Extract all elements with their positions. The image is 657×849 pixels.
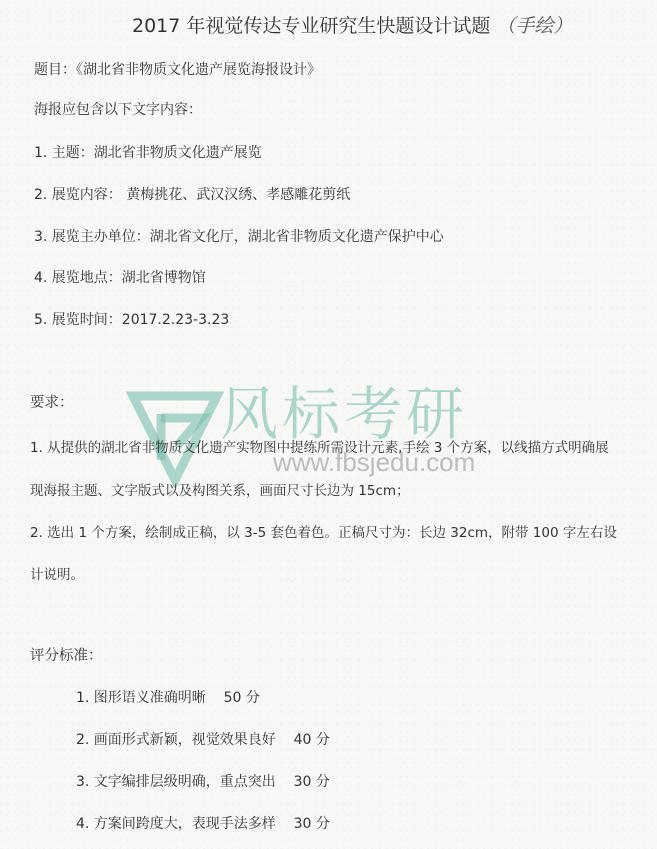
scanned-exam-page: 风标考研 www.fbsjedu.com 2017 年视觉传达专业研究生快题设计… — [0, 0, 657, 849]
requirement-line: 现海报主题、文字版式以及构图关系，画面尺寸长边为 15cm； — [30, 482, 410, 500]
poster-text-item: 5. 展览时间：2017.2.23-3.23 — [34, 311, 229, 329]
requirement-line: 1. 从提供的湖北省非物质文化遗产实物图中提练所需设计元素,手绘 3 个方案，以… — [30, 439, 609, 457]
scoring-points: 30 分 — [294, 816, 330, 832]
requirement-line: 2. 选出 1 个方案，绘制成正稿，以 3-5 套色着色。正稿尺寸为：长边 32… — [30, 524, 617, 542]
poster-text-item: 4. 展览地点：湖北省博物馆 — [34, 269, 206, 287]
scoring-points: 50 分 — [224, 690, 260, 706]
scoring-item: 4. 方案间跨度大，表现手法多样 30 分 — [76, 815, 330, 833]
poster-text-item: 1. 主题：湖北省非物质文化遗产展览 — [34, 144, 262, 162]
scoring-heading: 评分标准： — [30, 647, 103, 665]
scoring-item: 2. 画面形式新颖，视觉效果良好 40 分 — [76, 731, 330, 749]
exam-topic: 题目：《湖北省非物质文化遗产展览海报设计》 — [34, 61, 321, 79]
watermark-brand-text: 风标考研 — [220, 382, 468, 446]
poster-text-item: 3. 展览主办单位：湖北省文化厅，湖北省非物质文化遗产保护中心 — [34, 228, 444, 246]
poster-text-item: 2. 展览内容： 黄梅挑花、武汉汉绣、孝感雕花剪纸 — [34, 186, 350, 204]
poster-text-heading: 海报应包含以下文字内容： — [34, 101, 202, 119]
title-text: 2017 年视觉传达专业研究生快题设计试题 — [132, 15, 490, 37]
scoring-criterion: 4. 方案间跨度大，表现手法多样 — [76, 816, 276, 832]
page-title: 2017 年视觉传达专业研究生快题设计试题（手绘） — [132, 14, 572, 38]
watermark: 风标考研 www.fbsjedu.com — [125, 388, 505, 488]
scoring-item: 1. 图形语义准确明晰 50 分 — [76, 689, 260, 707]
scoring-item: 3. 文字编排层级明确，重点突出 30 分 — [76, 773, 330, 791]
handwritten-note: （手绘） — [496, 15, 572, 37]
scoring-points: 30 分 — [294, 774, 330, 790]
scoring-criterion: 1. 图形语义准确明晰 — [76, 690, 206, 706]
scoring-points: 40 分 — [294, 732, 330, 748]
requirements-heading: 要求： — [30, 394, 74, 412]
scoring-criterion: 3. 文字编排层级明确，重点突出 — [76, 774, 276, 790]
brand-logo-icon — [125, 388, 225, 488]
scoring-criterion: 2. 画面形式新颖，视觉效果良好 — [76, 732, 276, 748]
requirement-line: 计说明。 — [30, 566, 84, 584]
